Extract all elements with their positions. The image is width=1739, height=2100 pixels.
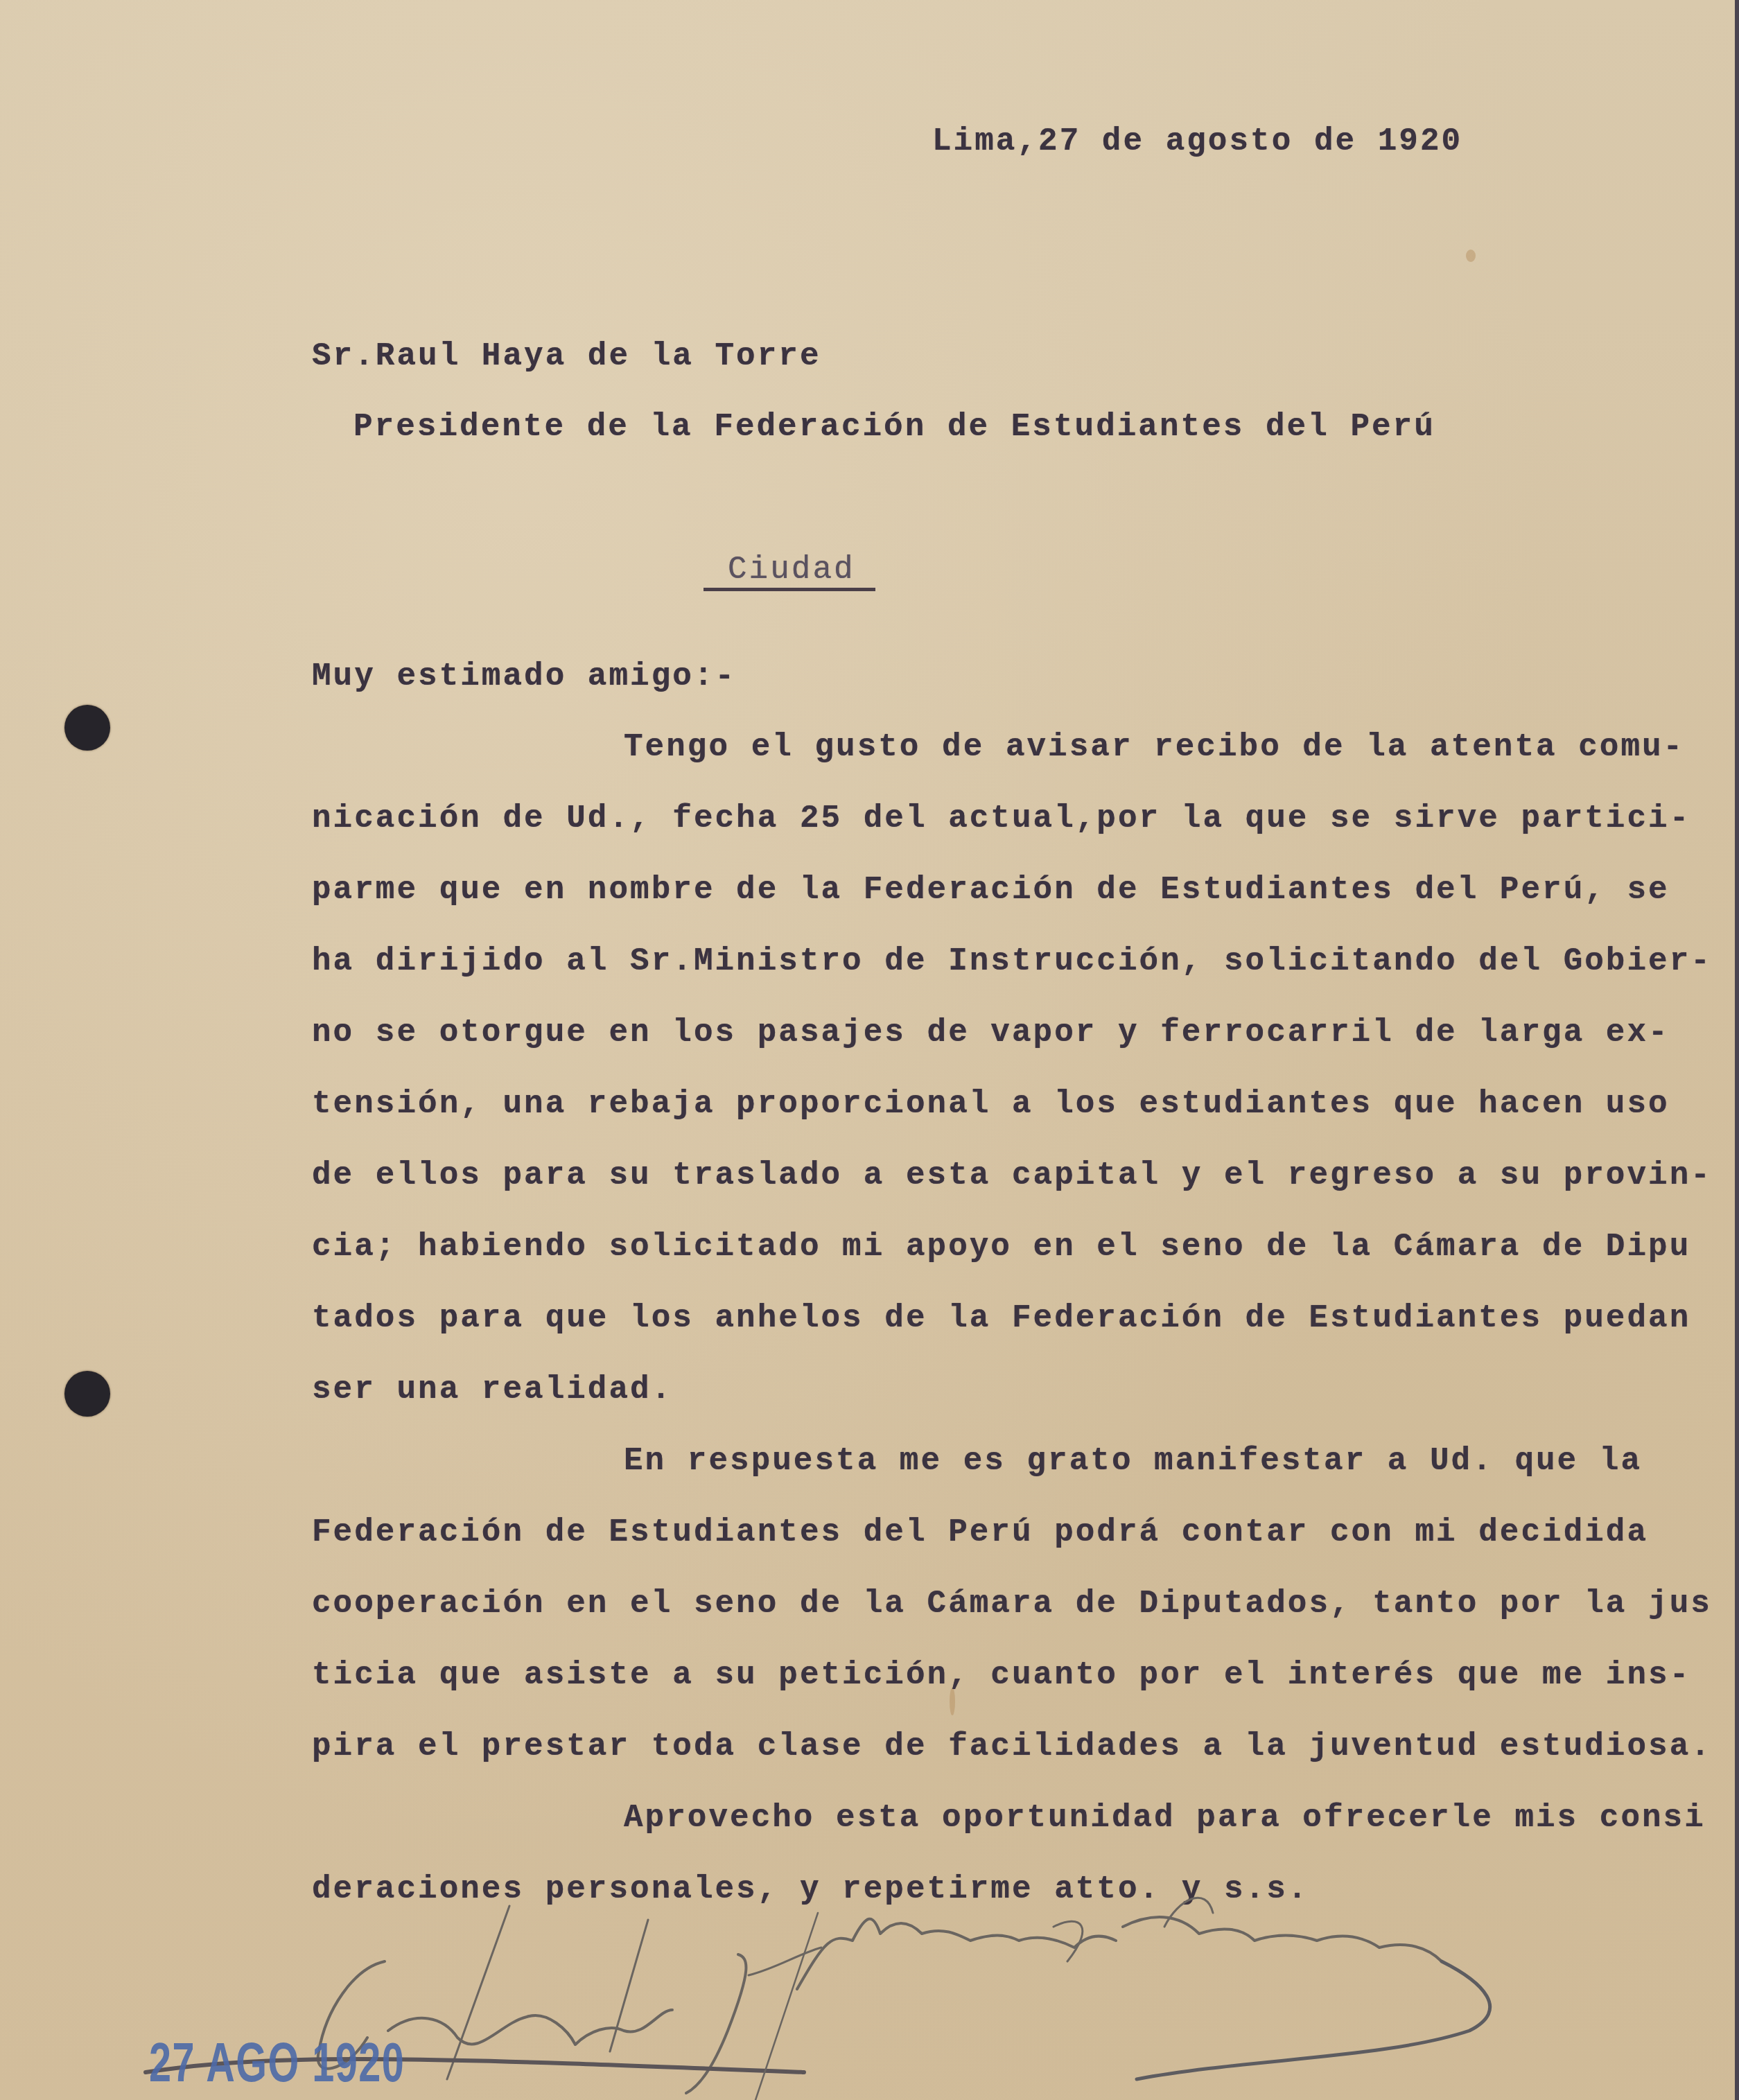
handwritten-signature <box>0 0 1739 2100</box>
received-date-stamp: 27 AGO 1920 <box>149 2031 405 2094</box>
